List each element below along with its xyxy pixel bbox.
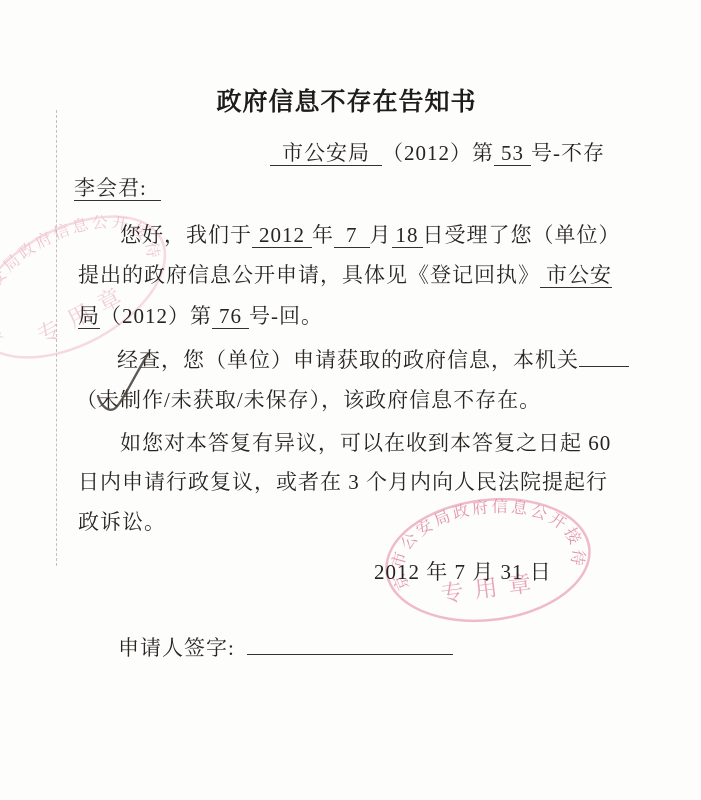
reference-suffix: 号-不存 — [531, 141, 605, 165]
p1l1-day: 18 — [392, 223, 423, 248]
p2l1-text: 经查，您（单位）申请获取的政府信息，本机关 — [117, 348, 579, 372]
scan-edge-line — [56, 110, 57, 566]
document-title: 政府信息不存在告知书 — [0, 82, 693, 118]
reference-mid: （2012）第 — [382, 141, 494, 165]
handwritten-checkmark-icon — [88, 342, 164, 422]
p1l3-agency-part: 局 — [78, 304, 100, 329]
reference-line: 市公安局（2012）第53号-不存 — [270, 137, 605, 167]
body-line-p1l1: 您好，我们于2012年7月18日受理了您（单位） — [120, 219, 621, 249]
p1l2-text1: 提出的政府信息公开申请，具体见《登记回执》 — [78, 263, 540, 287]
p1l3-text2: （2012）第 — [100, 304, 212, 328]
body-line-p3l2: 日内申请行政复议，或者在 3 个月内向人民法院提起行 — [78, 466, 608, 496]
p1l3-text3: 号-回。 — [249, 304, 323, 328]
scanned-document-page: 北京市公安局政府信息公开接待室 专用章 北京市公安局政府信息公开接待室 专用章 … — [0, 0, 701, 800]
p1l1-text4: 日受理了您（单位） — [423, 223, 621, 247]
signature-line: 申请人签字: — [118, 632, 453, 662]
p3l1-text: 如您对本答复有异议，可以在收到本答复之日起 60 — [120, 431, 611, 455]
p1l1-text2: 年 — [312, 223, 334, 247]
body-line-p3l1: 如您对本答复有异议，可以在收到本答复之日起 60 — [120, 427, 611, 457]
p1l1-year: 2012 — [252, 223, 312, 248]
signature-label: 申请人签字: — [118, 636, 235, 660]
blank-underline — [579, 346, 629, 367]
addressee-name: 李会君: — [74, 176, 161, 201]
p1l3-number: 76 — [212, 304, 249, 329]
salutation-line: 李会君: — [74, 172, 161, 202]
body-line-p1l3: 局（2012）第76号-回。 — [78, 300, 323, 330]
signature-blank-underline — [247, 634, 453, 655]
body-line-p3l3: 政诉讼。 — [78, 506, 166, 536]
reference-number: 53 — [494, 141, 531, 166]
p1l1-month: 7 — [334, 223, 370, 248]
date-line: 2012 年 7 月 31 日 — [374, 556, 552, 586]
issue-date: 2012 年 7 月 31 日 — [374, 560, 552, 584]
reference-issuer: 市公安局 — [270, 141, 382, 166]
p1l2-agency-part: 市公安 — [540, 263, 612, 288]
p3l3-text: 政诉讼。 — [78, 510, 166, 534]
body-line-p1l2: 提出的政府信息公开申请，具体见《登记回执》市公安 — [78, 259, 612, 289]
p3l2-text: 日内申请行政复议，或者在 3 个月内向人民法院提起行 — [78, 470, 608, 494]
p1l1-text3: 月 — [370, 223, 392, 247]
p1l1-text1: 您好，我们于 — [120, 223, 252, 247]
body-line-p2l1: 经查，您（单位）申请获取的政府信息，本机关 — [117, 344, 629, 374]
